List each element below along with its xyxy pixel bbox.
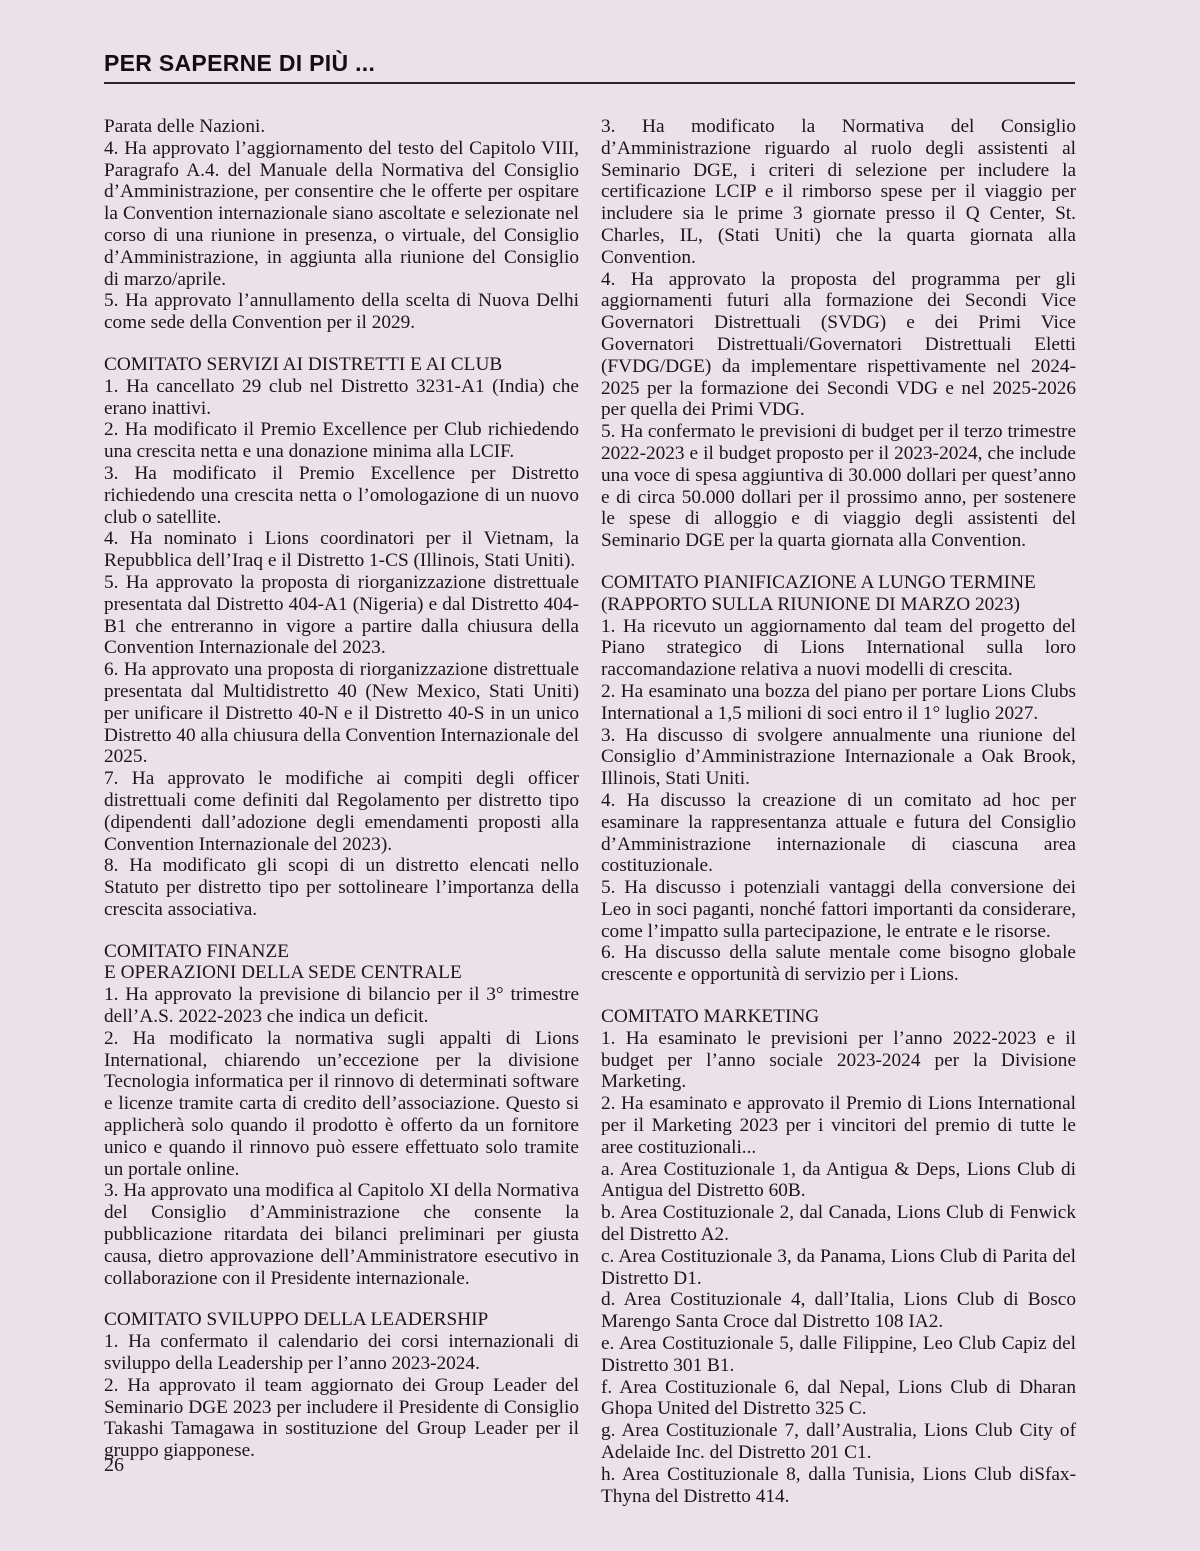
page-number: 26 xyxy=(104,1454,124,1477)
paragraph: b. Area Costituzionale 2, dal Canada, Li… xyxy=(601,1202,1076,1246)
paragraph: 6. Ha approvato una proposta di riorgani… xyxy=(104,659,579,768)
section-heading: E OPERAZIONI DELLA SEDE CENTRALE xyxy=(104,962,579,984)
paragraph: 4. Ha discusso la creazione di un comita… xyxy=(601,790,1076,877)
paragraph: 1. Ha ricevuto un aggiornamento dal team… xyxy=(601,616,1076,681)
right-column: 3. Ha modificato la Normativa del Consig… xyxy=(601,116,1076,1507)
paragraph: 2. Ha modificato la normativa sugli appa… xyxy=(104,1028,579,1181)
page-title: PER SAPERNE DI PIÙ ... xyxy=(104,52,1075,75)
section-heading: (RAPPORTO SULLA RIUNIONE DI MARZO 2023) xyxy=(601,594,1076,616)
paragraph: 3. Ha modificato il Premio Excellence pe… xyxy=(104,463,579,528)
paragraph: 1. Ha esaminato le previsioni per l’anno… xyxy=(601,1028,1076,1093)
paragraph: 4. Ha approvato l’aggiornamento del test… xyxy=(104,138,579,291)
paragraph: f. Area Costituzionale 6, dal Nepal, Lio… xyxy=(601,1377,1076,1421)
paragraph: g. Area Costituzionale 7, dall’Australia… xyxy=(601,1420,1076,1464)
section-heading: COMITATO PIANIFICAZIONE A LUNGO TERMINE xyxy=(601,572,1076,594)
section-heading: COMITATO SVILUPPO DELLA LEADERSHIP xyxy=(104,1309,579,1331)
paragraph: 8. Ha modificato gli scopi di un distret… xyxy=(104,855,579,920)
section-heading: COMITATO MARKETING xyxy=(601,1006,1076,1028)
paragraph: 3. Ha approvato una modifica al Capitolo… xyxy=(104,1180,579,1289)
paragraph: 7. Ha approvato le modifiche ai compiti … xyxy=(104,768,579,855)
paragraph: 2. Ha esaminato e approvato il Premio di… xyxy=(601,1093,1076,1158)
paragraph: 3. Ha modificato la Normativa del Consig… xyxy=(601,116,1076,269)
paragraph: e. Area Costituzionale 5, dalle Filippin… xyxy=(601,1333,1076,1377)
paragraph: c. Area Costituzionale 3, da Panama, Lio… xyxy=(601,1246,1076,1290)
section-heading: COMITATO SERVIZI AI DISTRETTI E AI CLUB xyxy=(104,354,579,376)
paragraph: 5. Ha discusso i potenziali vantaggi del… xyxy=(601,877,1076,942)
article-body: Parata delle Nazioni.4. Ha approvato l’a… xyxy=(104,116,1076,1507)
section-heading: COMITATO FINANZE xyxy=(104,941,579,963)
paragraph: a. Area Costituzionale 1, da Antigua & D… xyxy=(601,1159,1076,1203)
paragraph: 6. Ha discusso della salute mentale come… xyxy=(601,942,1076,986)
paragraph: 2. Ha esaminato una bozza del piano per … xyxy=(601,681,1076,725)
page-header: PER SAPERNE DI PIÙ ... xyxy=(104,52,1075,84)
paragraph: 3. Ha discusso di svolgere annualmente u… xyxy=(601,725,1076,790)
paragraph: d. Area Costituzionale 4, dall’Italia, L… xyxy=(601,1289,1076,1333)
paragraph: h. Area Costituzionale 8, dalla Tunisia,… xyxy=(601,1464,1076,1508)
paragraph: 2. Ha approvato il team aggiornato dei G… xyxy=(104,1375,579,1462)
paragraph: 1. Ha confermato il calendario dei corsi… xyxy=(104,1331,579,1375)
paragraph: 2. Ha modificato il Premio Excellence pe… xyxy=(104,419,579,463)
paragraph: 1. Ha approvato la previsione di bilanci… xyxy=(104,984,579,1028)
paragraph: 5. Ha confermato le previsioni di budget… xyxy=(601,421,1076,552)
paragraph: Parata delle Nazioni. xyxy=(104,116,579,138)
paragraph: 4. Ha nominato i Lions coordinatori per … xyxy=(104,528,579,572)
paragraph: 5. Ha approvato la proposta di riorganiz… xyxy=(104,572,579,659)
magazine-page: { "header": { "title": "PER SAPERNE DI P… xyxy=(0,0,1200,1551)
left-column: Parata delle Nazioni.4. Ha approvato l’a… xyxy=(104,116,579,1507)
paragraph: 4. Ha approvato la proposta del programm… xyxy=(601,269,1076,422)
paragraph: 1. Ha cancellato 29 club nel Distretto 3… xyxy=(104,376,579,420)
paragraph: 5. Ha approvato l’annullamento della sce… xyxy=(104,290,579,334)
